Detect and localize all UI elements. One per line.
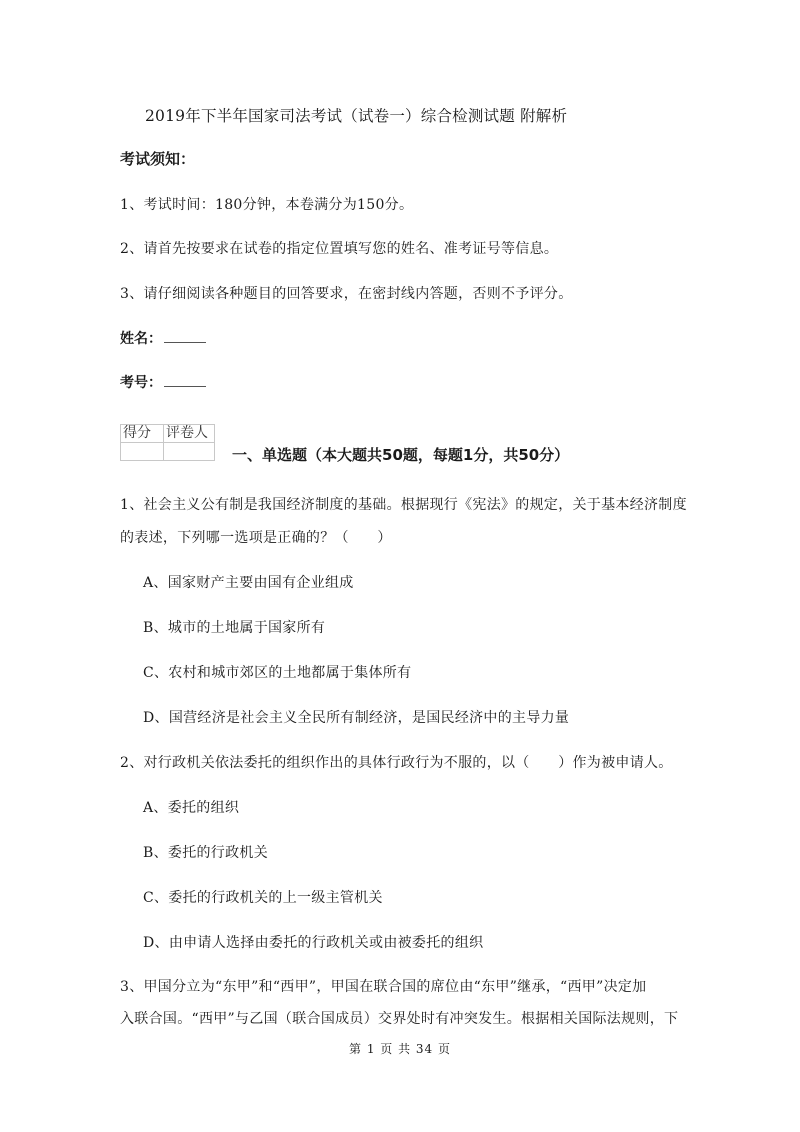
name-blank[interactable] [164,330,206,343]
score-table: 得分 评卷人 [120,424,215,461]
exam-number-field: 考号： [120,372,206,392]
question-3-line-1: 3、甲国分立为“东甲”和“西甲”，甲国在联合国的席位由“东甲”继承，“西甲”决定… [120,976,646,996]
question-1-option-b: B、城市的土地属于国家所有 [143,617,325,637]
notice-heading: 考试须知： [120,148,195,169]
grader-header: 评卷人 [164,425,215,443]
notice-item-3: 3、请仔细阅读各种题目的回答要求，在密封线内答题，否则不予评分。 [120,283,573,303]
score-table-value-row [121,443,215,461]
score-table-header-row: 得分 评卷人 [121,425,215,443]
document-title: 2019年下半年国家司法考试（试卷一）综合检测试题 附解析 [145,104,567,126]
question-2-option-a: A、委托的组织 [143,797,239,817]
name-label: 姓名： [120,331,162,347]
grader-cell [164,443,215,461]
question-1-line-1: 1、社会主义公有制是我国经济制度的基础。根据现行《宪法》的规定，关于基本经济制度 [120,494,687,514]
question-3-line-2: 入联合国。“西甲”与乙国（联合国成员）交界处时有冲突发生。根据相关国际法规则，下 [120,1008,678,1028]
exam-number-blank[interactable] [164,374,206,387]
question-2-option-c: C、委托的行政机关的上一级主管机关 [143,887,383,907]
question-2-option-b: B、委托的行政机关 [143,842,268,862]
question-1-option-a: A、国家财产主要由国有企业组成 [143,572,354,592]
question-1-option-c: C、农村和城市郊区的土地都属于集体所有 [143,662,411,682]
exam-number-label: 考号： [120,375,162,391]
question-2-line-1: 2、对行政机关依法委托的组织作出的具体行政行为不服的，以（ ）作为被申请人。 [120,752,673,772]
name-field: 姓名： [120,328,206,348]
question-2-option-d: D、由申请人选择由委托的行政机关或由被委托的组织 [143,932,483,952]
section-title: 一、单选题（本大题共50题，每题1分，共50分） [232,444,569,465]
score-cell [121,443,164,461]
score-header: 得分 [121,425,164,443]
question-1-line-2: 的表述，下列哪一选项是正确的？（ ） [120,527,392,547]
page-footer: 第 1 页 共 34 页 [0,1040,800,1057]
question-1-option-d: D、国营经济是社会主义全民所有制经济，是国民经济中的主导力量 [143,707,569,727]
notice-item-1: 1、考试时间：180分钟，本卷满分为150分。 [120,194,413,214]
notice-item-2: 2、请首先按要求在试卷的指定位置填写您的姓名、准考证号等信息。 [120,238,558,258]
